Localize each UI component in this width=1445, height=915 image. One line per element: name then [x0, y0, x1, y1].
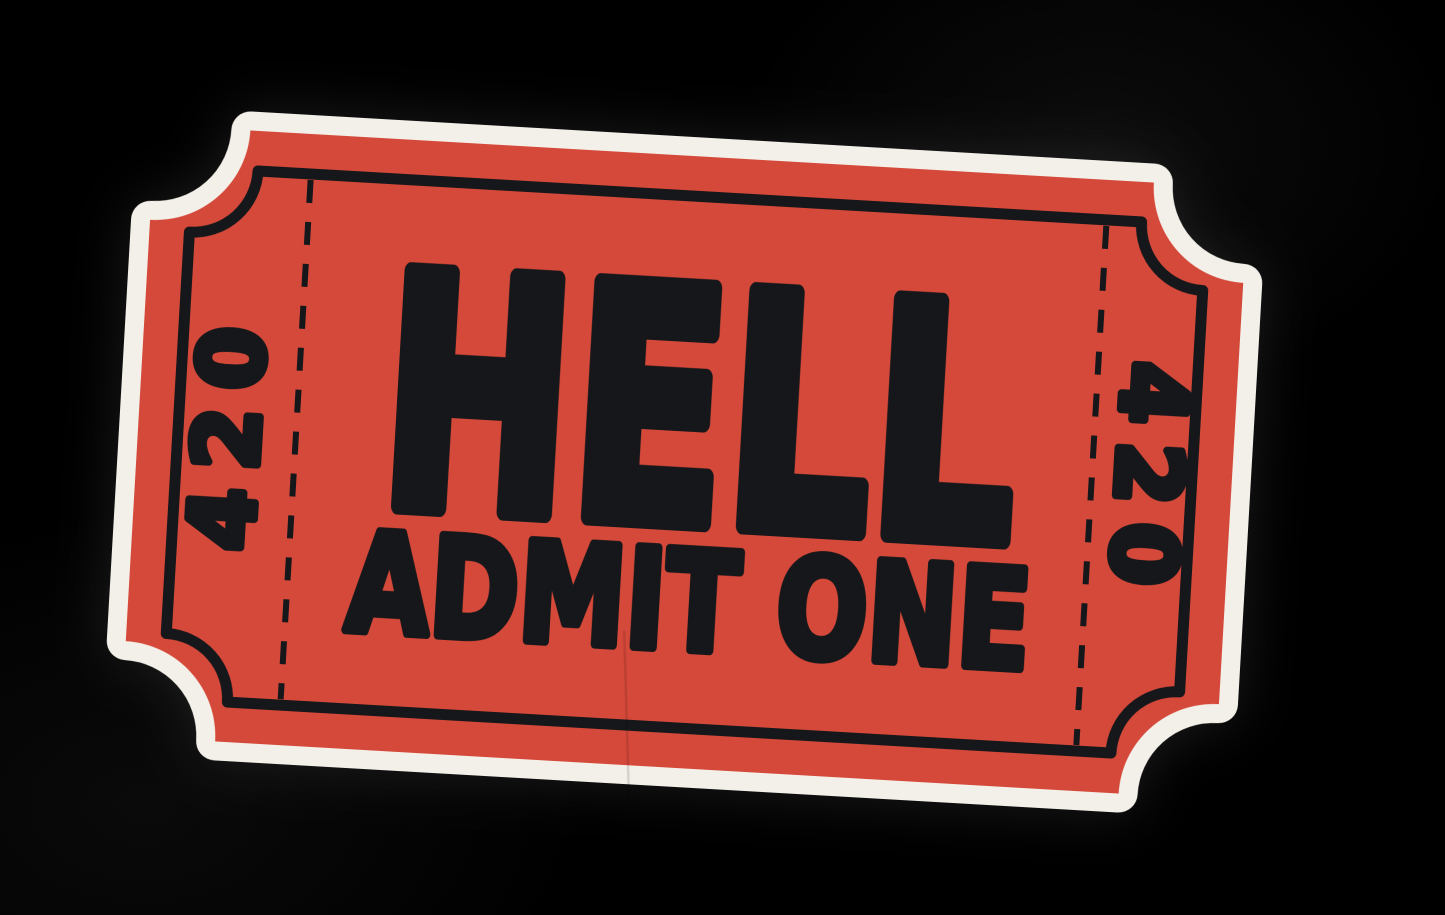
stub-number-left: 420 [169, 306, 288, 554]
scanner-background: HELL ADMIT ONE 420 420 [0, 0, 1445, 915]
ticket-sticker-art: HELL ADMIT ONE 420 420 [99, 104, 1270, 820]
stub-number-right: 420 [1088, 359, 1207, 607]
ticket-sticker: HELL ADMIT ONE 420 420 [99, 104, 1270, 820]
